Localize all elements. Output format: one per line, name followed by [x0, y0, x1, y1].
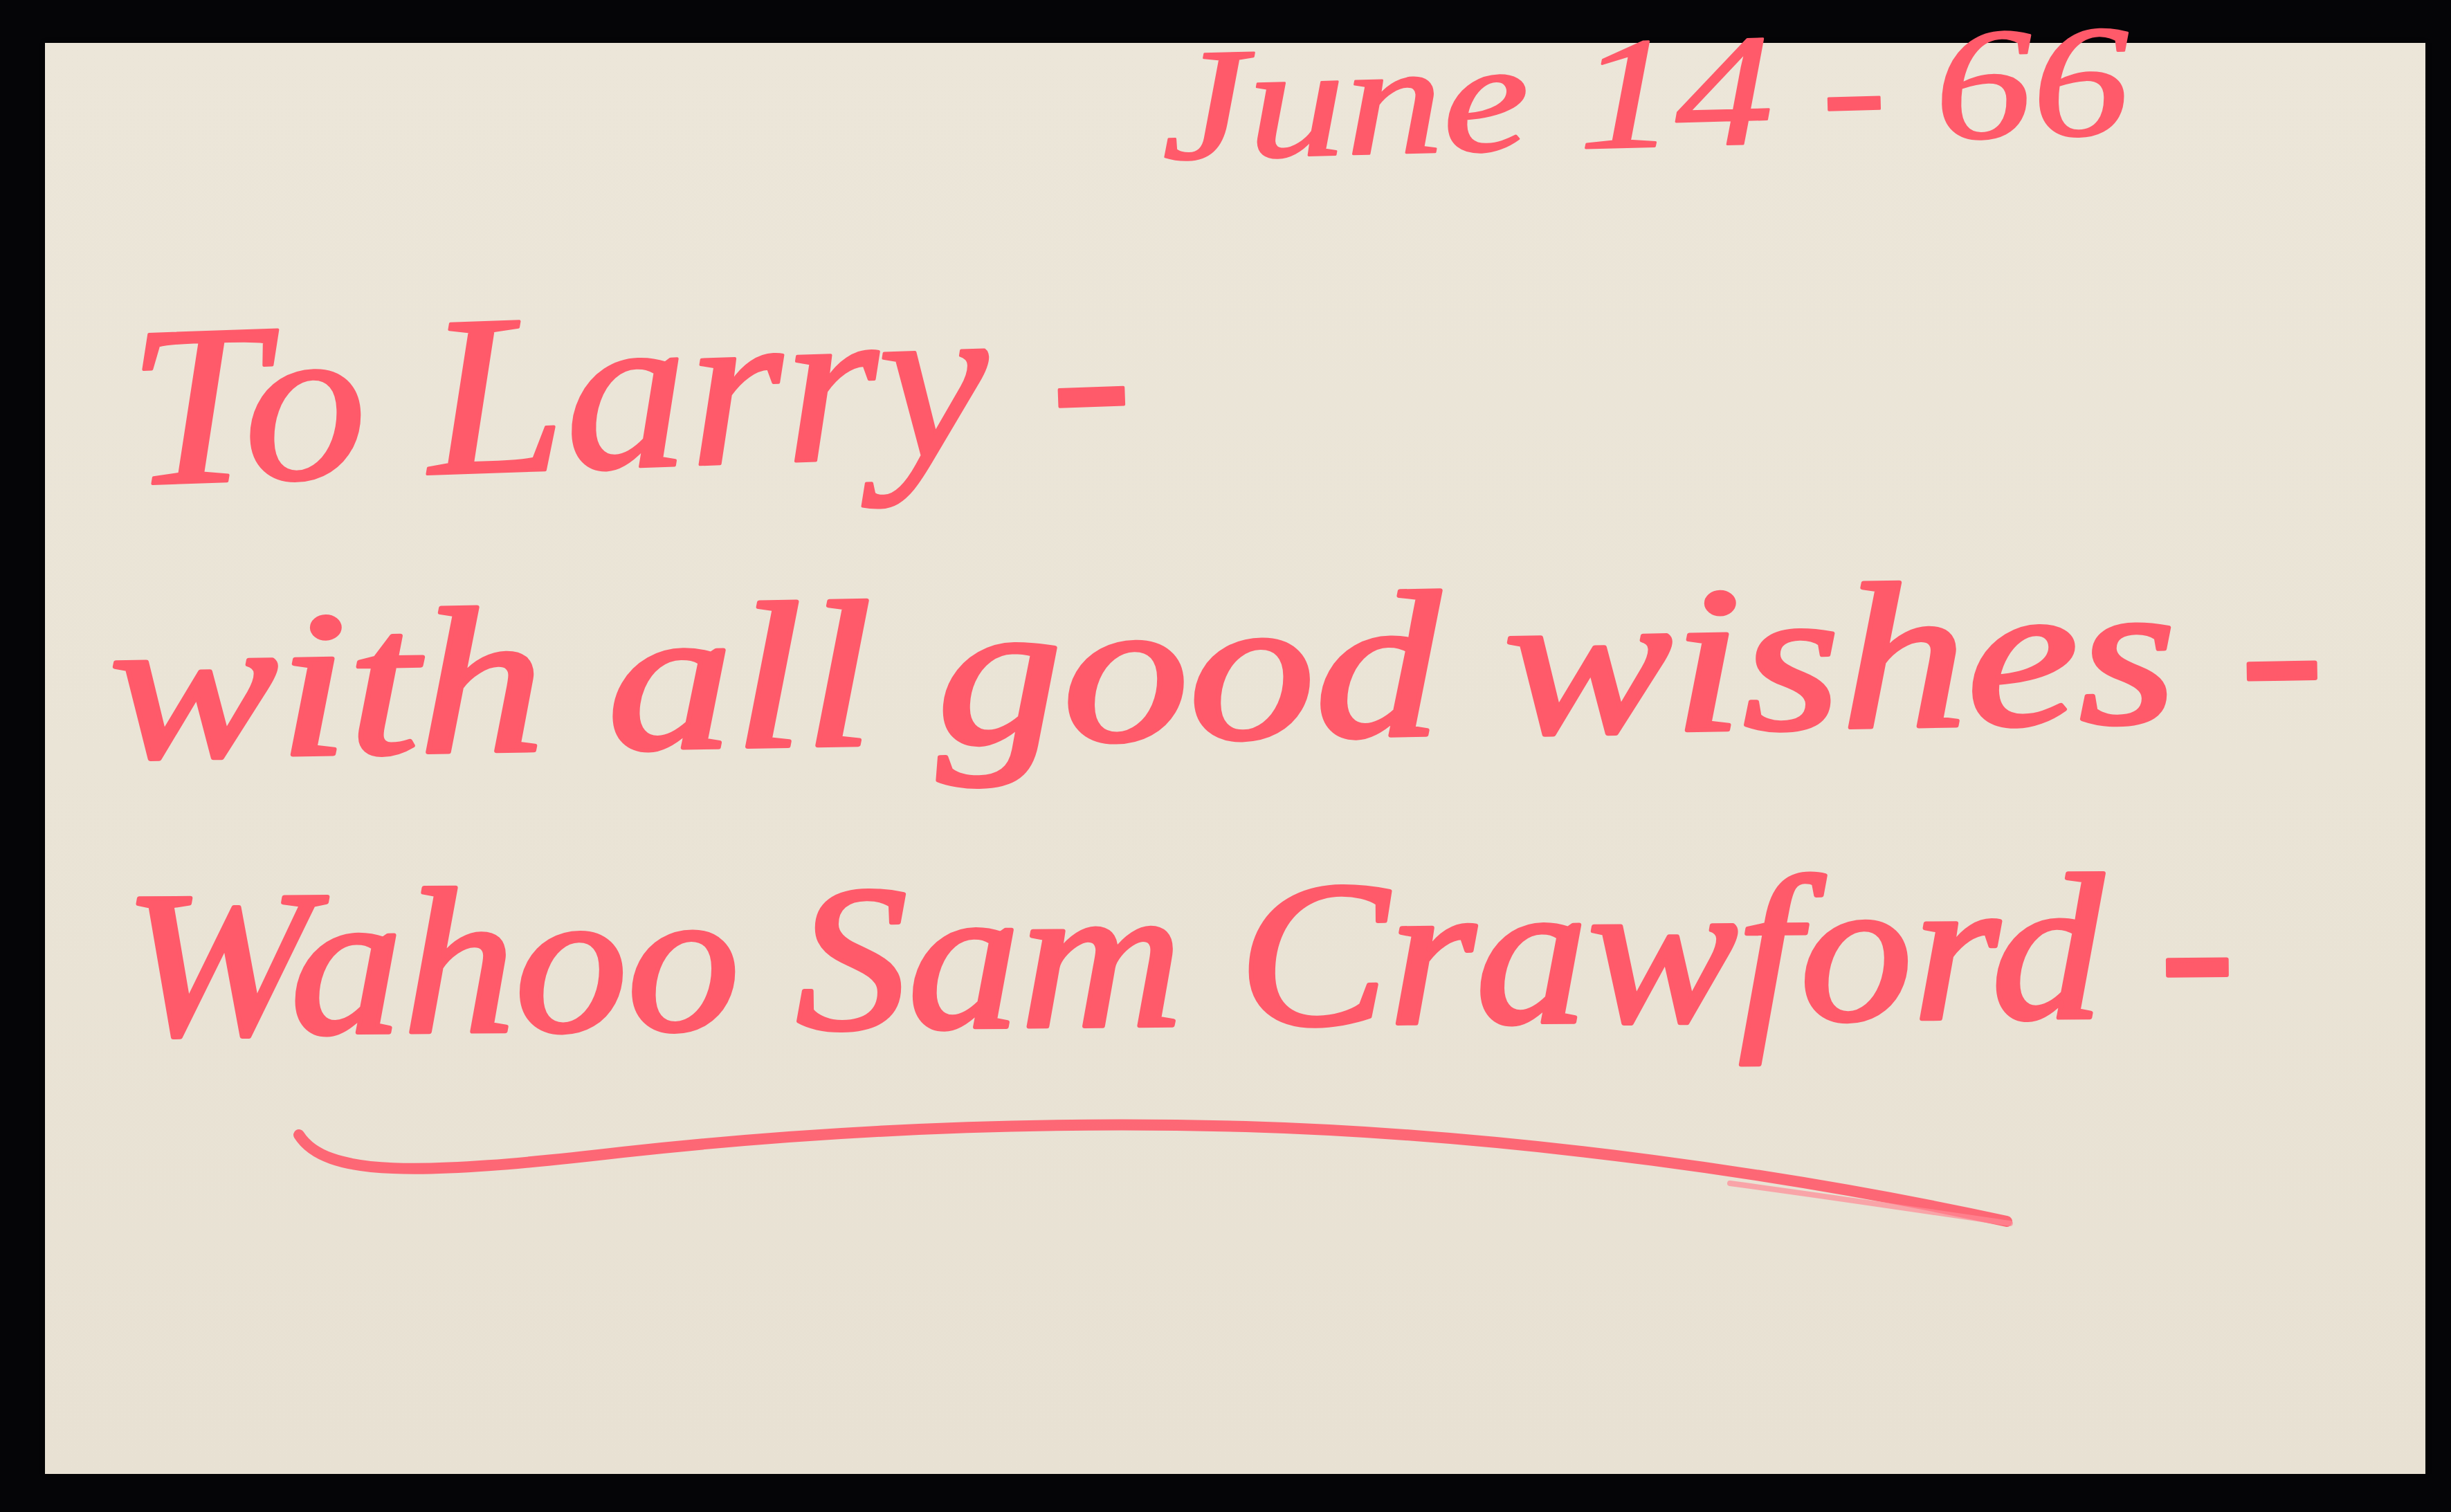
signature-underline — [299, 1125, 2007, 1221]
message-text: with all good wishes - — [107, 534, 2325, 803]
signature-text: Wahoo Sam Crawford - — [123, 831, 2236, 1080]
date-text: June 14 - 66 — [1159, 0, 2132, 194]
handwritten-inscription: June 14 - 66 To Larry - with all good wi… — [0, 0, 2451, 1512]
greeting-text: To Larry - — [125, 247, 1136, 535]
